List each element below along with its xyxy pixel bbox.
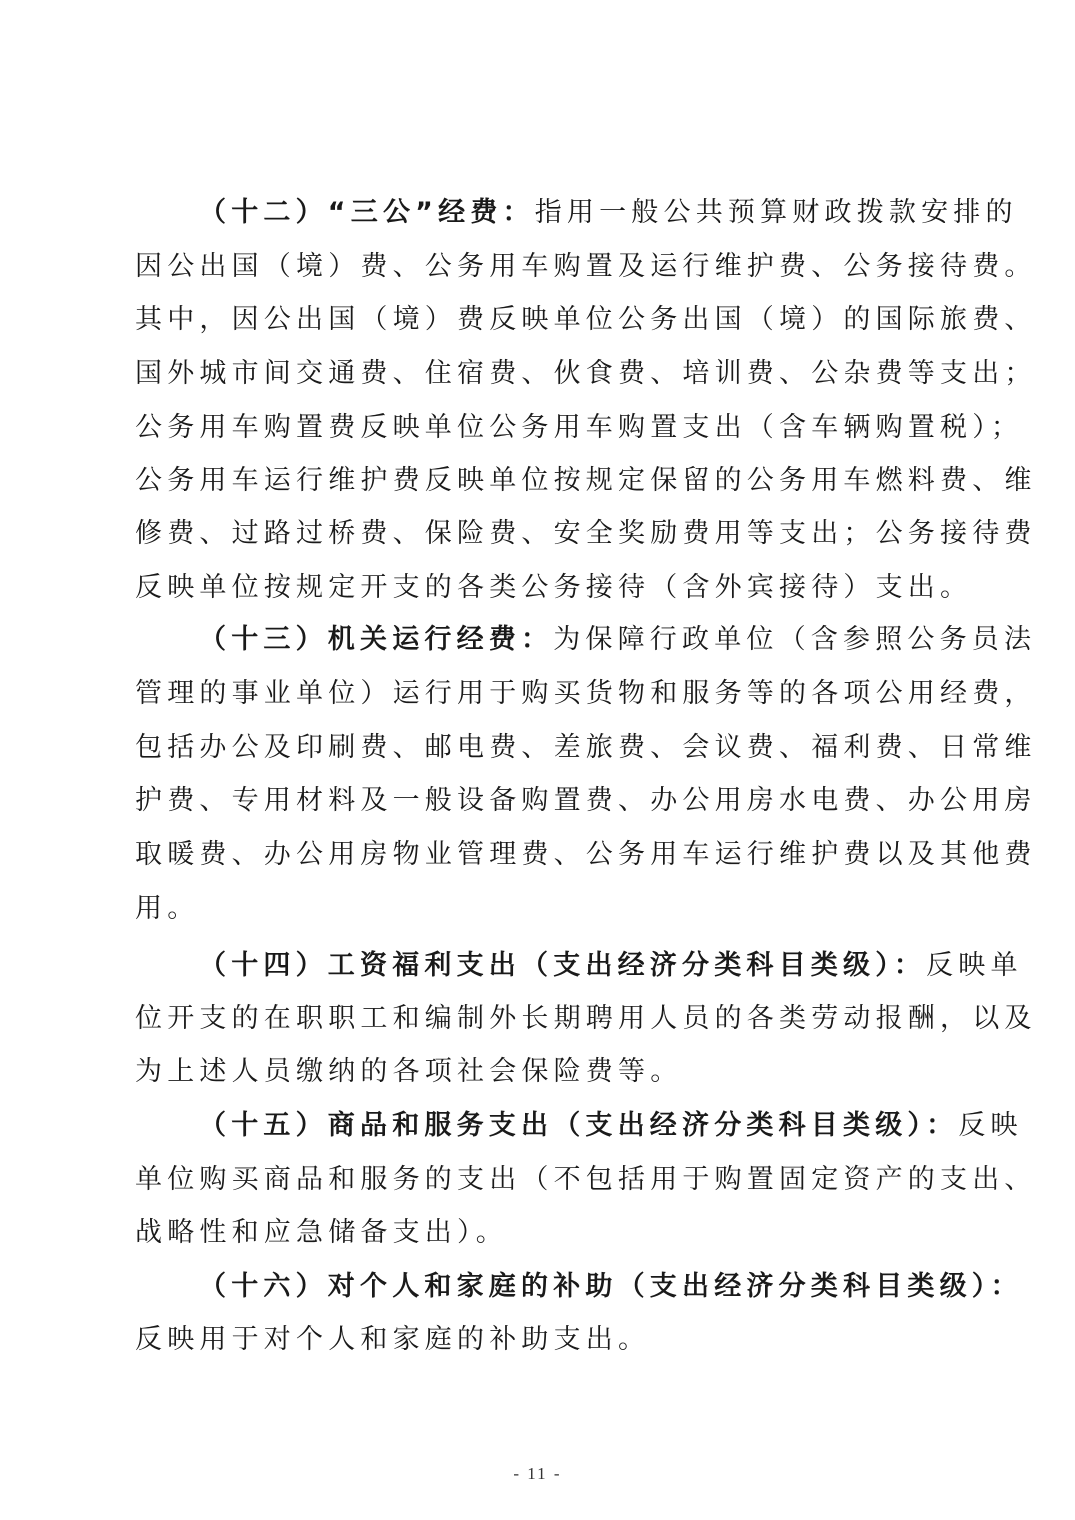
paragraph-line: 修费、过路过桥费、保险费、安全奖励费用等支出；公务接待费 [135, 514, 940, 554]
paragraph-text: 反映 [958, 1110, 1022, 1141]
section-heading: （十六）对个人和家庭的补助（支出经济分类科目类级）： [199, 1271, 1023, 1302]
paragraph-line: 国外城市间交通费、住宿费、伙食费、培训费、公杂费等支出； [135, 354, 940, 394]
paragraph-line: 公务用车购置费反映单位公务用车购置支出（含车辆购置税）； [135, 408, 940, 448]
paragraph-line: 战略性和应急储备支出）。 [135, 1213, 940, 1253]
section-heading: （十二）“三公”经费： [199, 197, 535, 228]
paragraph-line: 包括办公及印刷费、邮电费、差旅费、会议费、福利费、日常维 [135, 728, 940, 768]
paragraph-line: 为上述人员缴纳的各项社会保险费等。 [135, 1052, 940, 1092]
paragraph-text: 为保障行政单位（含参照公务员法 [553, 624, 1036, 655]
paragraph-line: 取暖费、办公用房物业管理费、公务用车运行维护费以及其他费 [135, 835, 940, 875]
section-heading: （十五）商品和服务支出（支出经济分类科目类级）： [199, 1110, 958, 1141]
paragraph-line: 因公出国（境）费、公务用车购置及运行维护费、公务接待费。 [135, 247, 940, 287]
paragraph-line: 护费、专用材料及一般设备购置费、办公用房水电费、办公用房 [135, 781, 940, 821]
paragraph-line: 公务用车运行维护费反映单位按规定保留的公务用车燃料费、维 [135, 461, 940, 501]
document-page: （十二）“三公”经费：指用一般公共预算财政拨款安排的 因公出国（境）费、公务用车… [0, 0, 1075, 1520]
paragraph-line: 位开支的在职职工和编制外长期聘用人员的各类劳动报酬，以及 [135, 999, 940, 1039]
paragraph-text: 反映单 [926, 950, 1023, 981]
paragraph-line: 单位购买商品和服务的支出（不包括用于购置固定资产的支出、 [135, 1160, 940, 1200]
paragraph-line: （十三）机关运行经费：为保障行政单位（含参照公务员法 [135, 620, 940, 660]
paragraph-line: 其中，因公出国（境）费反映单位公务出国（境）的国际旅费、 [135, 300, 940, 340]
paragraph-line: 反映单位按规定开支的各类公务接待（含外宾接待）支出。 [135, 568, 940, 608]
paragraph-line: （十四）工资福利支出（支出经济分类科目类级）：反映单 [135, 946, 940, 986]
paragraph-line: （十五）商品和服务支出（支出经济分类科目类级）：反映 [135, 1106, 940, 1146]
paragraph-line: （十六）对个人和家庭的补助（支出经济分类科目类级）： [135, 1267, 940, 1307]
paragraph-text: 指用一般公共预算财政拨款安排的 [535, 197, 1018, 228]
paragraph-line: 用。 [135, 889, 940, 929]
paragraph-line: 反映用于对个人和家庭的补助支出。 [135, 1320, 940, 1360]
section-heading: （十三）机关运行经费： [199, 624, 553, 655]
paragraph-line: 管理的事业单位）运行用于购买货物和服务等的各项公用经费， [135, 674, 940, 714]
section-heading: （十四）工资福利支出（支出经济分类科目类级）： [199, 950, 926, 981]
page-number: - 11 - [0, 1464, 1075, 1484]
paragraph-line: （十二）“三公”经费：指用一般公共预算财政拨款安排的 [135, 193, 940, 233]
